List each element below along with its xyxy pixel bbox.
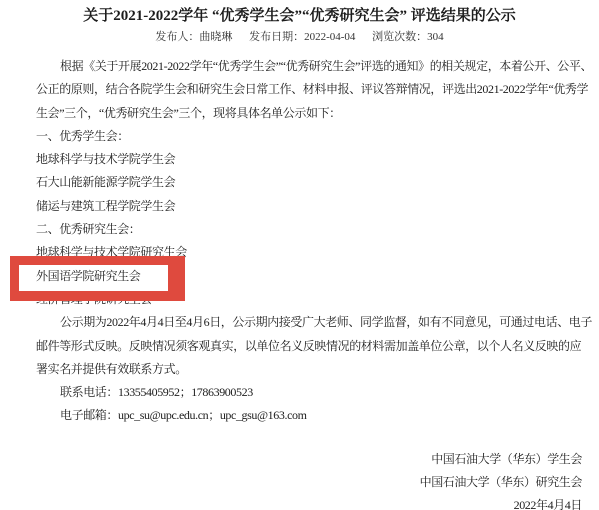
meta-line: 发布人：曲晓琳 发布日期：2022-04-04 浏览次数：304 — [0, 30, 599, 45]
intro-line: 生会”三个，“优秀研究生会”三个，现将具体名单公示如下： — [36, 102, 596, 125]
signature-date: 2022年4月4日 — [36, 494, 596, 510]
notice-line: 邮件等形式反映。反映情况须客观真实，以单位名义反映情况的材料需加盖单位公章，以个… — [36, 335, 596, 358]
intro-line: 公正的原则，结合各院学生会和研究生会日常工作、材料申报、评议答辩情况，评选出20… — [36, 78, 596, 101]
contact-email: 电子邮箱：upc_su@upc.edu.cn；upc_gsu@163.com — [36, 404, 596, 427]
red-highlight-annotation-box — [10, 256, 185, 301]
section-heading-graduates: 二、优秀研究生会： — [36, 218, 596, 241]
spacer — [36, 428, 596, 448]
meta-publish-date: 发布日期：2022-04-04 — [249, 31, 355, 43]
announcement-page: 关于2021-2022学年 “优秀学生会”“优秀研究生会” 评选结果的公示 发布… — [0, 0, 599, 510]
intro-line: 根据《关于开展2021-2022学年“优秀学生会”“优秀研究生会”评选的通知》的… — [36, 55, 596, 78]
contact-phone: 联系电话：13355405952；17863900523 — [36, 381, 596, 404]
signature-student-union: 中国石油大学（华东）学生会 — [36, 448, 596, 471]
section-heading-students: 一、优秀学生会： — [36, 125, 596, 148]
page-title: 关于2021-2022学年 “优秀学生会”“优秀研究生会” 评选结果的公示 — [0, 4, 599, 28]
notice-line: 署实名并提供有效联系方式。 — [36, 358, 596, 381]
signature-graduate-union: 中国石油大学（华东）研究生会 — [36, 471, 596, 494]
list-item-student-union: 地球科学与技术学院学生会 — [36, 148, 596, 171]
list-item-student-union: 石大山能新能源学院学生会 — [36, 171, 596, 194]
list-item-student-union: 储运与建筑工程学院学生会 — [36, 195, 596, 218]
notice-line: 公示期为2022年4月4日至4月6日，公示期内接受广大老师、同学监督，如有不同意… — [36, 311, 596, 334]
meta-view-count: 浏览次数：304 — [372, 31, 444, 43]
meta-publisher: 发布人：曲晓琳 — [155, 31, 232, 43]
